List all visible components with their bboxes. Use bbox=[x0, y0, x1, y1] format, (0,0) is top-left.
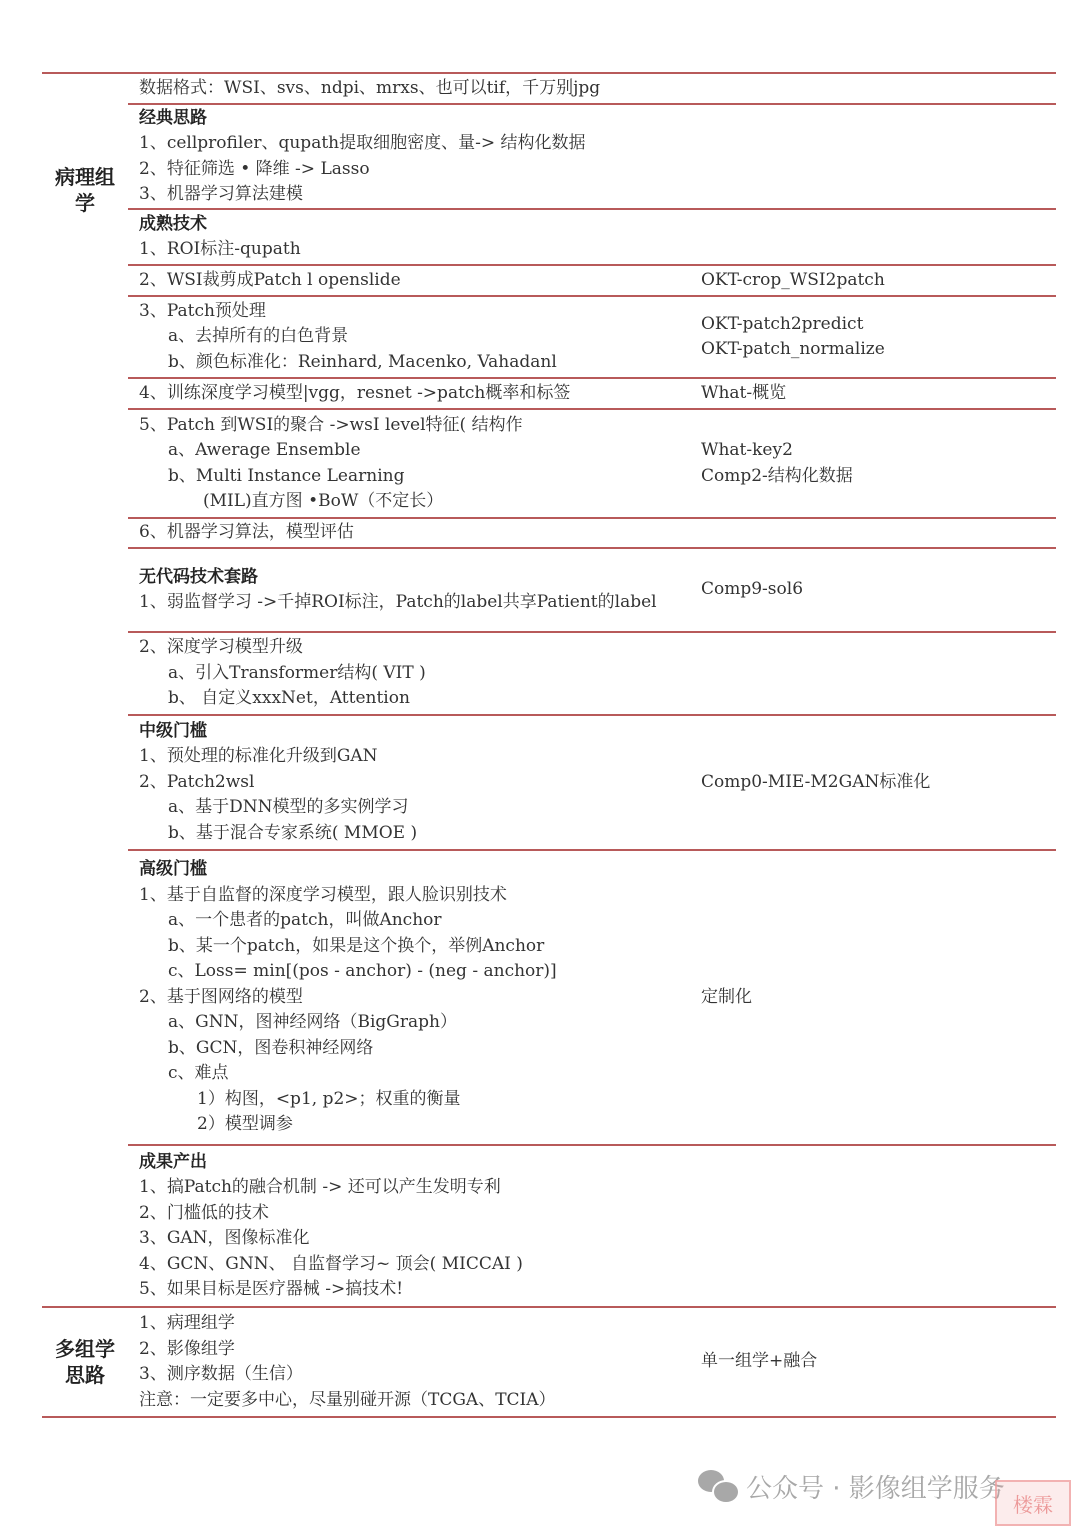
section-heading: 经典思路 bbox=[139, 106, 684, 132]
text-line: 数据格式：WSI、svs、ndpi、mrxs、也可以tif，千万别jpg bbox=[139, 76, 684, 102]
text-line: b、 自定义xxxNet，Attention bbox=[139, 686, 684, 712]
ref-high-level: 定制化 bbox=[701, 851, 1051, 1144]
section-heading: 成熟技术 bbox=[139, 212, 684, 238]
text-line: b、颜色标准化：Reinhard, Macenko, Vahadanl bbox=[139, 350, 684, 376]
reference-text: Comp9-sol6 bbox=[701, 577, 1051, 603]
cell-outputs: 成果产出 1、搞Patch的融合机制 -> 还可以产生发明专利 2、门槛低的技术… bbox=[139, 1146, 684, 1306]
ref-mid-level: Comp0-MIE-M2GAN标准化 bbox=[701, 716, 1051, 849]
reference-text: OKT-crop_WSI2patch bbox=[701, 268, 1051, 294]
watermark: 公众号 · 影像组学服务 bbox=[698, 1468, 1005, 1505]
section-heading: 中级门槛 bbox=[139, 719, 684, 745]
cell-data-format: 数据格式：WSI、svs、ndpi、mrxs、也可以tif，千万别jpg bbox=[139, 74, 684, 103]
text-line: 2、特征筛选 • 降维 -> Lasso bbox=[139, 157, 684, 183]
text-line: 2、门槛低的技术 bbox=[139, 1201, 684, 1227]
text-line: b、某一个patch，如果是这个换个，举例Anchor bbox=[139, 934, 684, 960]
ref-mature-step-4: What-概览 bbox=[701, 379, 1051, 408]
text-line: 2、WSI裁剪成Patch l openslide bbox=[139, 268, 684, 294]
text-line: 2）模型调参 bbox=[139, 1112, 684, 1138]
text-line: 1、预处理的标准化升级到GAN bbox=[139, 744, 684, 770]
ref-mature-step-2: OKT-crop_WSI2patch bbox=[701, 266, 1051, 295]
text-line: a、一个患者的patch，叫做Anchor bbox=[139, 908, 684, 934]
text-line: 3、机器学习算法建模 bbox=[139, 182, 684, 208]
reference-text: Comp0-MIE-M2GAN标准化 bbox=[701, 770, 1051, 796]
cell-mid-level: 中级门槛 1、预处理的标准化升级到GAN 2、Patch2wsl a、基于DNN… bbox=[139, 716, 684, 849]
category-multiomics: 多组学思路 bbox=[42, 1308, 128, 1416]
text-line: 3、测序数据（生信） bbox=[139, 1362, 684, 1388]
text-line: 2、基于图网络的模型 bbox=[139, 985, 684, 1011]
category-label: 病理组学 bbox=[50, 164, 120, 216]
wechat-icon bbox=[698, 1470, 738, 1504]
text-line: 1、弱监督学习 ->千掉ROI标注，Patch的label共享Patient的l… bbox=[139, 590, 684, 616]
cell-mature-step-3: 3、Patch预处理 a、去掉所有的白色背景 b、颜色标准化：Reinhard,… bbox=[139, 297, 684, 377]
text-line: 1、基于自监督的深度学习模型，跟人脸识别技术 bbox=[139, 883, 684, 909]
text-line: (MIL)直方图 •BoW（不定长） bbox=[139, 489, 684, 515]
text-line: 3、Patch预处理 bbox=[139, 299, 684, 325]
ref-mature-step-5: What-key2 Comp2-结构化数据 bbox=[701, 410, 1051, 517]
text-line: 1、搞Patch的融合机制 -> 还可以产生发明专利 bbox=[139, 1175, 684, 1201]
text-line: a、去掉所有的白色背景 bbox=[139, 324, 684, 350]
reference-text: 定制化 bbox=[701, 985, 1051, 1011]
reference-text: 单一组学+融合 bbox=[701, 1349, 1051, 1375]
text-line: 2、影像组学 bbox=[139, 1337, 684, 1363]
reference-text: OKT-patch2predict bbox=[701, 312, 1051, 338]
category-pathomics: 病理组学 bbox=[42, 74, 128, 306]
cell-multiomics: 1、病理组学 2、影像组学 3、测序数据（生信） 注意：一定要多中心，尽量别碰开… bbox=[139, 1308, 684, 1416]
text-line: 1、ROI标注-qupath bbox=[139, 237, 684, 263]
cell-nocode-step-1: 无代码技术套路 1、弱监督学习 ->千掉ROI标注，Patch的label共享P… bbox=[139, 549, 684, 631]
table-bottom-rule bbox=[42, 1416, 1056, 1418]
reference-text: Comp2-结构化数据 bbox=[701, 464, 1051, 490]
ref-multiomics: 单一组学+融合 bbox=[701, 1308, 1051, 1416]
reference-text: What-key2 bbox=[701, 438, 1051, 464]
text-line: 4、GCN、GNN、 自监督学习~ 顶会( MICCAI ) bbox=[139, 1252, 684, 1278]
text-line: 1）构图，<p1, p2>；权重的衡量 bbox=[139, 1087, 684, 1113]
section-heading: 成果产出 bbox=[139, 1150, 684, 1176]
category-label: 多组学思路 bbox=[52, 1336, 118, 1388]
cell-mature-step-4: 4、训练深度学习模型|vgg，resnet ->patch概率和标签 bbox=[139, 379, 684, 408]
text-line: 2、深度学习模型升级 bbox=[139, 635, 684, 661]
text-line: a、引入Transformer结构( VIT ) bbox=[139, 661, 684, 687]
cell-nocode-step-2: 2、深度学习模型升级 a、引入Transformer结构( VIT ) b、 自… bbox=[139, 633, 684, 714]
section-heading: 无代码技术套路 bbox=[139, 565, 684, 591]
text-line: 1、病理组学 bbox=[139, 1311, 684, 1337]
text-line: 5、如果目标是医疗器械 ->搞技术! bbox=[139, 1277, 684, 1303]
seal-stamp: 楼霖 bbox=[995, 1480, 1071, 1526]
text-line: a、Awerage Ensemble bbox=[139, 438, 684, 464]
text-line: b、Multi Instance Learning bbox=[139, 464, 684, 490]
cell-classic-approach: 经典思路 1、cellprofiler、qupath提取细胞密度、量-> 结构化… bbox=[139, 105, 684, 208]
reference-text: OKT-patch_normalize bbox=[701, 337, 1051, 363]
text-line: 6、机器学习算法，模型评估 bbox=[139, 520, 684, 546]
section-heading: 高级门槛 bbox=[139, 857, 684, 883]
cell-high-level: 高级门槛 1、基于自监督的深度学习模型，跟人脸识别技术 a、一个患者的patch… bbox=[139, 851, 684, 1144]
text-line: 2、Patch2wsl bbox=[139, 770, 684, 796]
text-line: 注意：一定要多中心，尽量别碰开源（TCGA、TCIA） bbox=[139, 1388, 684, 1414]
cell-mature-step-1: 成熟技术 1、ROI标注-qupath bbox=[139, 210, 684, 264]
text-line: a、基于DNN模型的多实例学习 bbox=[139, 795, 684, 821]
text-line: c、难点 bbox=[139, 1061, 684, 1087]
text-line: c、Loss= min[(pos - anchor) - (neg - anch… bbox=[139, 959, 684, 985]
watermark-text: 公众号 · 影像组学服务 bbox=[746, 1468, 1005, 1505]
text-line: 1、cellprofiler、qupath提取细胞密度、量-> 结构化数据 bbox=[139, 131, 684, 157]
text-line: 5、Patch 到WSI的聚合 ->wsI level特征( 结构作 bbox=[139, 413, 684, 439]
text-line: 4、训练深度学习模型|vgg，resnet ->patch概率和标签 bbox=[139, 381, 684, 407]
text-line: 3、GAN，图像标准化 bbox=[139, 1226, 684, 1252]
text-line: a、GNN，图神经网络（BigGraph） bbox=[139, 1010, 684, 1036]
text-line: b、GCN，图卷积神经网络 bbox=[139, 1036, 684, 1062]
cell-mature-step-5: 5、Patch 到WSI的聚合 ->wsI level特征( 结构作 a、Awe… bbox=[139, 410, 684, 517]
ref-mature-step-3: OKT-patch2predict OKT-patch_normalize bbox=[701, 297, 1051, 377]
cell-mature-step-2: 2、WSI裁剪成Patch l openslide bbox=[139, 266, 684, 295]
ref-nocode-step-1: Comp9-sol6 bbox=[701, 549, 1051, 631]
reference-text: What-概览 bbox=[701, 381, 1051, 407]
cell-mature-step-6: 6、机器学习算法，模型评估 bbox=[139, 519, 684, 547]
text-line: b、基于混合专家系统( MMOE ) bbox=[139, 821, 684, 847]
